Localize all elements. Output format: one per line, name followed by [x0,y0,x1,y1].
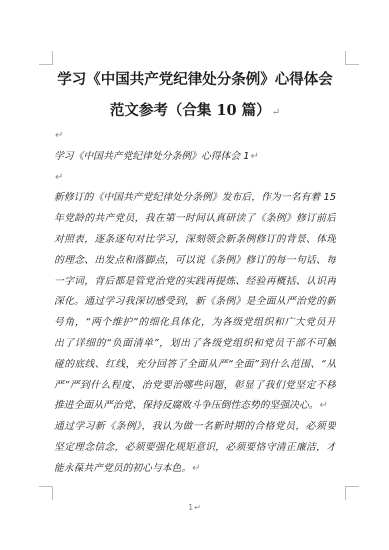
paragraph-mark-icon: ↵ [54,172,63,183]
body-line[interactable]: 深化。通过学习我深切感受到，新《条例》是全面从严治党的新 [54,292,336,313]
crop-mark-bottom-left [39,486,53,500]
body-line[interactable]: 号角，“两个维护”的细化具体化，为各级党组织和广大党员开 [54,313,336,334]
line-text: 推进全面从严治党、保持反腐败斗争压倒性态势的坚强决心。 [54,400,319,411]
crop-mark-bottom-right [345,486,359,500]
body-line[interactable]: 年党龄的共产党员，我在第一时间认真研读了《条例》修订前后 [54,209,336,230]
line-text: 深化。通过学习我深切感受到，新《条例》是全面从严治党的新 [54,296,336,307]
empty-line[interactable]: ↵ [54,168,336,189]
line-text: 通过学习新《条例》，我认为做一名新时期的合格党员，必须要 [54,421,336,432]
line-text: 坚定理念信念，必须要强化规矩意识，必须要恪守清正廉洁，才 [54,442,336,453]
body-line[interactable]: 一字词，背后都是管党治党的实践再提炼、经验再概括、认识再 [54,272,336,293]
line-text: 一字词，背后都是管党治党的实践再提炼、经验再概括、认识再 [54,276,336,287]
line-text: 能永葆共产党员的初心与本色。 [54,463,191,474]
body-line[interactable]: 严”严到什么程度、治党要治哪些问题，彰显了我们党坚定不移 [54,376,336,397]
title-line[interactable]: 学习《中国共产党纪律处分条例》心得体会↵ [54,64,336,95]
line-text: 碰的底线、红线，充分回答了全面从严“全面”到什么范围、“从 [54,359,336,370]
title-line[interactable]: 范文参考（合集 10 篇）↵ [54,95,336,126]
empty-line[interactable]: ↵ [54,126,336,147]
body-line[interactable]: 的理念、出发点和落脚点，可以说《条例》修订的每一句话、每 [54,251,336,272]
line-text: 对照表，逐条逐句对比学习，深刻领会新条例修订的背景、体现 [54,234,336,245]
document-page[interactable]: 学习《中国共产党纪律处分条例》心得体会↵范文参考（合集 10 篇）↵↵学习《中国… [0,0,389,550]
body-line[interactable]: 对照表，逐条逐句对比学习，深刻领会新条例修订的背景、体现 [54,230,336,251]
body-line[interactable]: 通过学习新《条例》，我认为做一名新时期的合格党员，必须要 [54,417,336,438]
line-text: 号角，“两个维护”的细化具体化，为各级党组织和广大党员开 [54,317,336,328]
body-last-line[interactable]: 推进全面从严治党、保持反腐败斗争压倒性态势的坚强决心。↵ [54,396,336,417]
body-line[interactable]: 坚定理念信念，必须要强化规矩意识，必须要恪守清正廉洁，才 [54,438,336,459]
line-text: 年党龄的共产党员，我在第一时间认真研读了《条例》修订前后 [54,213,336,224]
line-text: 学习《中国共产党纪律处分条例》心得体会 1 [54,151,250,162]
paragraph-mark-icon: ↵ [271,107,280,118]
page-number-paragraph-mark-icon: ↵ [193,503,201,512]
content-area[interactable]: 学习《中国共产党纪律处分条例》心得体会↵范文参考（合集 10 篇）↵↵学习《中国… [54,64,336,480]
crop-mark-top-right [345,51,359,65]
line-text: 学习《中国共产党纪律处分条例》心得体会 [57,71,333,88]
line-text: 严”严到什么程度、治党要治哪些问题，彰显了我们党坚定不移 [54,380,336,391]
line-text: 新修订的《中国共产党纪律处分条例》发布后，作为一名有着 15 [54,192,336,203]
paragraph-mark-icon: ↵ [250,151,259,162]
body-line[interactable]: 碰的底线、红线，充分回答了全面从严“全面”到什么范围、“从 [54,355,336,376]
paragraph-mark-icon: ↵ [191,463,200,474]
heading-line[interactable]: 学习《中国共产党纪律处分条例》心得体会 1↵ [54,147,336,168]
page-footer: 1↵ [0,502,389,514]
body-line[interactable]: 出了详细的“负面清单”，划出了各级党组织和党员干部不可触 [54,334,336,355]
crop-mark-top-left [39,51,53,65]
line-text: 范文参考（合集 10 篇） [110,102,271,119]
body-line[interactable]: 新修订的《中国共产党纪律处分条例》发布后，作为一名有着 15 [54,188,336,209]
body-last-line[interactable]: 能永葆共产党员的初心与本色。↵ [54,459,336,480]
paragraph-mark-icon: ↵ [319,400,328,411]
line-text: 的理念、出发点和落脚点，可以说《条例》修订的每一句话、每 [54,255,336,266]
paragraph-mark-icon: ↵ [54,130,63,141]
line-text: 出了详细的“负面清单”，划出了各级党组织和党员干部不可触 [54,338,336,349]
